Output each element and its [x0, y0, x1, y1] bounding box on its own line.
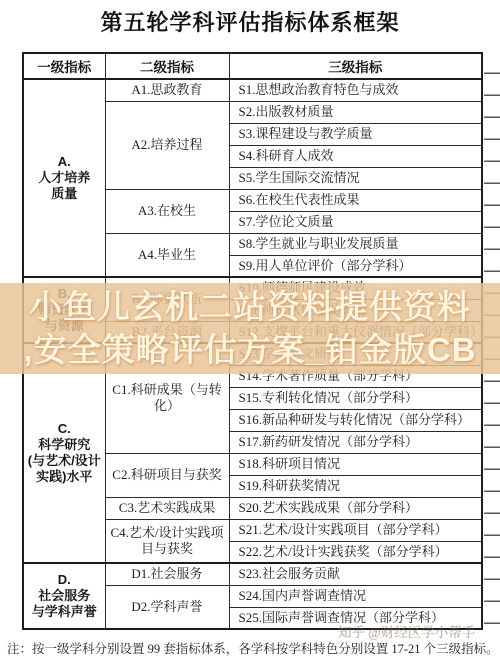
level3-indicator-cell: S20.艺术实践成果（部分学科）: [229, 497, 482, 519]
table-row: A. 人才培养 质量A1.思政教育S1.思想政治教育特色与成效: [23, 79, 482, 101]
column-header-1: 一级指标: [23, 53, 105, 79]
level3-indicator-cell: S3.课程建设与教学质量: [229, 123, 482, 145]
level3-indicator-cell: S2.出版教材质量: [229, 101, 482, 123]
table-header-row: 一级指标二级指标三级指标: [23, 53, 482, 79]
spam-watermark-line2: ,安全策略评估方案_铂金版CB: [23, 329, 476, 371]
level3-indicator-cell: S21.艺术/设计实践项目（部分学科）: [229, 519, 482, 541]
level1-indicator-cell: C. 科学研究 (与艺术/设计 实践)水平: [23, 343, 105, 563]
level2-indicator-cell: C4.艺术/设计实践项目与获奖: [105, 519, 229, 563]
level1-indicator-cell: D. 社会服务 与学科声誉: [23, 563, 105, 629]
level1-indicator-cell: A. 人才培养 质量: [23, 79, 105, 277]
spam-watermark-band: 小鱼儿玄机二站资料提供资料 ,安全策略评估方案_铂金版CB: [0, 283, 500, 374]
level3-indicator-cell: S17.新药研发情况（部分学科）: [229, 431, 482, 453]
zhihu-watermark: 知乎 @财经区学小帮手: [338, 621, 475, 641]
level3-indicator-cell: S16.新品种研发与转化情况（部分学科）: [229, 409, 482, 431]
page-title: 第五轮学科评估指标体系框架: [0, 6, 500, 37]
level2-indicator-cell: C3.艺术实践成果: [105, 497, 229, 519]
level2-indicator-cell: A3.在校生: [105, 189, 229, 233]
level3-indicator-cell: S4.科研育人成效: [229, 145, 482, 167]
level2-indicator-cell: D2.学科声誉: [105, 585, 229, 629]
footnote: 注：按一级学科分别设置 99 套指标体系，各学科按学科特色分别设置 17-21 …: [7, 639, 499, 656]
level3-indicator-cell: S22.艺术/设计实践获奖（部分学科）: [229, 541, 482, 563]
level2-indicator-cell: A4.毕业生: [105, 233, 229, 277]
level3-indicator-cell: S5.学生国际交流情况: [229, 167, 482, 189]
level2-indicator-cell: A1.思政教育: [105, 79, 229, 101]
level3-indicator-cell: S1.思想政治教育特色与成效: [229, 79, 482, 101]
column-header-2: 二级指标: [105, 53, 229, 79]
level2-indicator-cell: A2.培养过程: [105, 101, 229, 189]
level3-indicator-cell: S23.社会服务贡献: [229, 563, 482, 585]
level2-indicator-cell: D1.社会服务: [105, 563, 229, 585]
level3-indicator-cell: S7.学位论文质量: [229, 211, 482, 233]
level3-indicator-cell: S6.在校生代表性成果: [229, 189, 482, 211]
level2-indicator-cell: C2.科研项目与获奖: [105, 453, 229, 497]
level3-indicator-cell: S24.国内声誉调查情况: [229, 585, 482, 607]
level3-indicator-cell: S9.用人单位评价（部分学科）: [229, 255, 482, 277]
level3-indicator-cell: S15.专利转化情况（部分学科）: [229, 387, 482, 409]
level3-indicator-cell: S18.科研项目情况: [229, 453, 482, 475]
spam-watermark-line1: 小鱼儿玄机二站资料提供资料: [29, 286, 471, 328]
column-header-3: 三级指标: [229, 53, 482, 79]
level3-indicator-cell: S8.学生就业与职业发展质量: [229, 233, 482, 255]
table-row: D. 社会服务 与学科声誉D1.社会服务S23.社会服务贡献: [23, 563, 482, 585]
level3-indicator-cell: S19.科研获奖情况: [229, 475, 482, 497]
